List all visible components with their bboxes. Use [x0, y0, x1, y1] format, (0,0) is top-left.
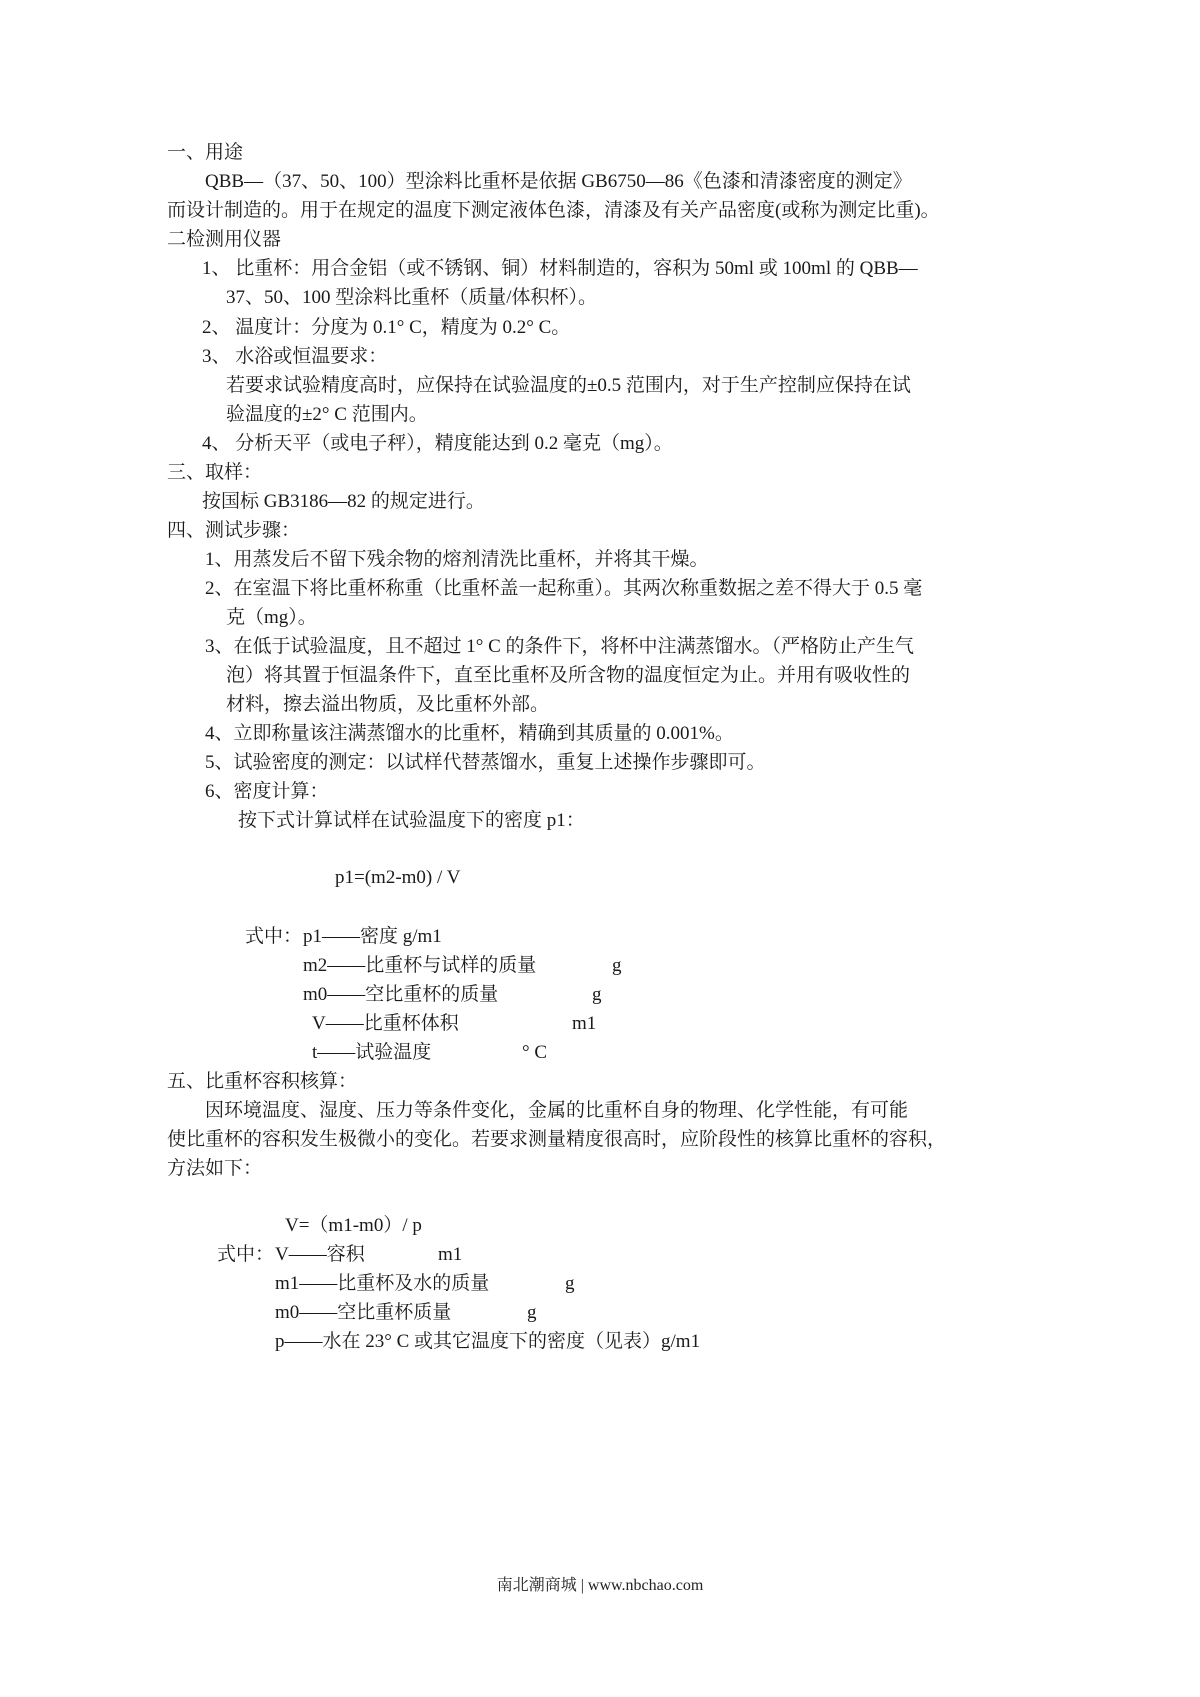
- variable-unit: ° C: [522, 1041, 547, 1065]
- list-item: 1、 比重杯：用合金铝（或不锈钢、铜）材料制造的，容积为 50ml 或 100m…: [202, 257, 918, 281]
- variable-definition: m2——比重杯与试样的质量: [303, 954, 536, 978]
- list-item-subtext: 验温度的±2° C 范围内。: [226, 403, 428, 427]
- variable-definition: p1——密度 g/m1: [303, 925, 442, 949]
- list-item-continuation: 37、50、100 型涂料比重杯（质量/体积杯）。: [226, 286, 597, 310]
- where-label: 式中：: [217, 1243, 274, 1267]
- variable-unit: g: [592, 983, 602, 1007]
- list-item: 2、 温度计：分度为 0.1° C，精度为 0.2° C。: [202, 316, 570, 340]
- paragraph-line: 因环境温度、湿度、压力等条件变化，金属的比重杯自身的物理、化学性能，有可能: [205, 1099, 908, 1123]
- paragraph-line: 按国标 GB3186—82 的规定进行。: [202, 490, 485, 514]
- step-item: 4、立即称量该注满蒸馏水的比重杯，精确到其质量的 0.001%。: [205, 722, 734, 746]
- step-item: 5、试验密度的测定：以试样代替蒸馏水，重复上述操作步骤即可。: [205, 751, 766, 775]
- section-heading-purpose: 一、用途: [167, 141, 243, 165]
- step-item-subtext: 按下式计算试样在试验温度下的密度 p1：: [238, 809, 585, 833]
- where-label: 式中：: [245, 925, 302, 949]
- step-item-continuation: 泡）将其置于恒温条件下，直至比重杯及所含物的温度恒定为止。并用有吸收性的: [226, 664, 910, 688]
- paragraph-line: 而设计制造的。用于在规定的温度下测定液体色漆，清漆及有关产品密度(或称为测定比重…: [167, 199, 940, 223]
- volume-formula: V=（m1-m0）/ p: [285, 1214, 422, 1238]
- variable-definition: V——容积: [275, 1243, 365, 1267]
- section-heading-instruments: 二检测用仪器: [167, 228, 281, 252]
- variable-definition: t——试验温度: [312, 1041, 431, 1065]
- list-item: 4、 分析天平（或电子秤），精度能达到 0.2 毫克（mg）。: [202, 432, 673, 456]
- list-item: 3、 水浴或恒温要求：: [202, 345, 387, 369]
- variable-unit: g: [565, 1272, 575, 1296]
- paragraph-line: 使比重杯的容积发生极微小的变化。若要求测量精度很高时，应阶段性的核算比重杯的容积…: [167, 1128, 946, 1152]
- step-item: 2、在室温下将比重杯称重（比重杯盖一起称重）。其两次称重数据之差不得大于 0.5…: [205, 577, 922, 601]
- section-heading-test-steps: 四、测试步骤：: [167, 519, 300, 543]
- variable-definition: m1——比重杯及水的质量: [275, 1272, 489, 1296]
- variable-unit: m1: [438, 1243, 462, 1267]
- footer-watermark: 南北潮商城 | www.nbchao.com: [0, 1572, 1200, 1595]
- variable-unit: m1: [572, 1012, 596, 1036]
- step-item-continuation: 材料，擦去溢出物质，及比重杯外部。: [226, 693, 549, 717]
- variable-definition: V——比重杯体积: [312, 1012, 459, 1036]
- section-heading-sampling: 三、取样：: [167, 461, 262, 485]
- list-item-subtext: 若要求试验精度高时，应保持在试验温度的±0.5 范围内，对于生产控制应保持在试: [226, 374, 911, 398]
- variable-definition: m0——空比重杯的质量: [303, 983, 498, 1007]
- paragraph-line: QBB—（37、50、100）型涂料比重杯是依据 GB6750—86《色漆和清漆…: [205, 170, 912, 194]
- step-item: 3、在低于试验温度，且不超过 1° C 的条件下，将杯中注满蒸馏水。（严格防止产…: [205, 635, 914, 659]
- variable-definition: p——水在 23° C 或其它温度下的密度（见表）g/m1: [275, 1330, 700, 1354]
- paragraph-line: 方法如下：: [167, 1157, 262, 1181]
- variable-definition: m0——空比重杯质量: [275, 1301, 451, 1325]
- variable-unit: g: [527, 1301, 537, 1325]
- section-heading-volume-check: 五、比重杯容积核算：: [167, 1070, 357, 1094]
- density-formula: p1=(m2-m0) / V: [335, 866, 460, 890]
- document-page: 一、用途 QBB—（37、50、100）型涂料比重杯是依据 GB6750—86《…: [0, 0, 1200, 1697]
- step-item: 1、用蒸发后不留下残余物的熔剂清洗比重杯，并将其干燥。: [205, 548, 709, 572]
- step-item-continuation: 克（mg）。: [226, 606, 317, 630]
- step-item: 6、密度计算：: [205, 780, 329, 804]
- variable-unit: g: [612, 954, 622, 978]
